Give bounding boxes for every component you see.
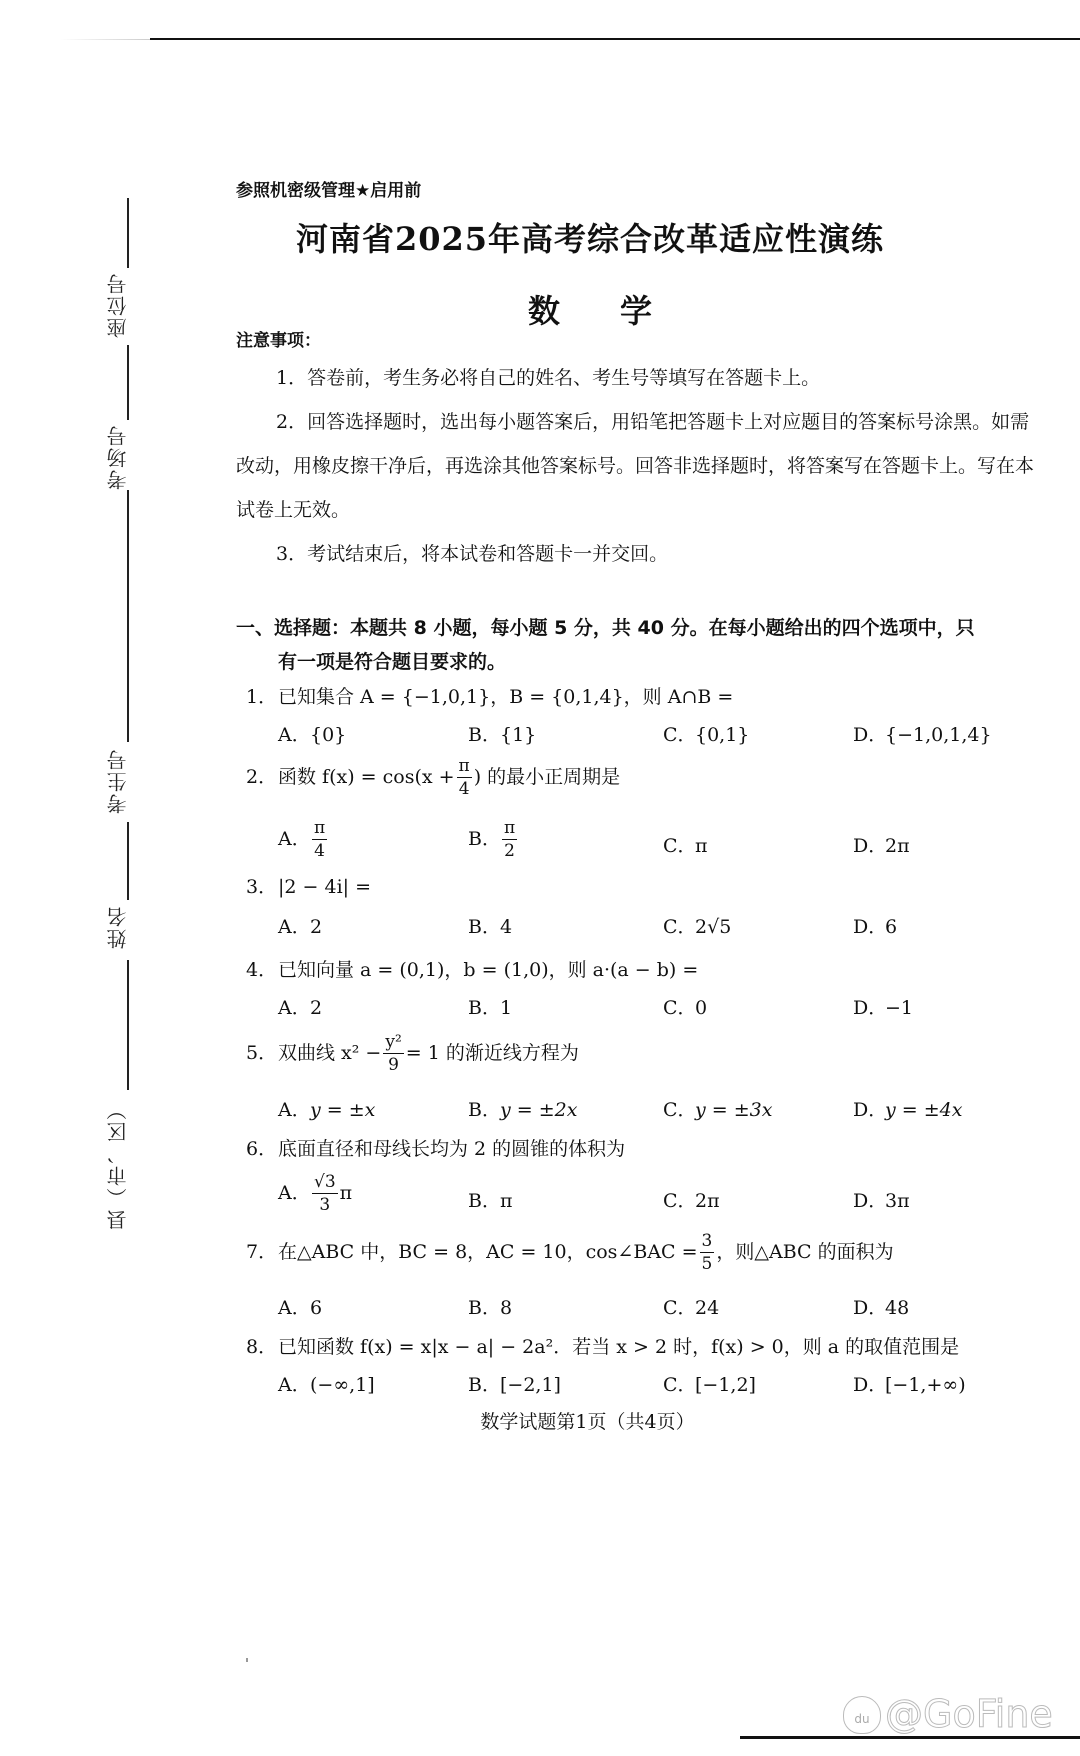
section-heading: 一、选择题：本题共 8 小题，每小题 5 分，共 40 分。在每小题给出的四个选… (236, 611, 1042, 679)
name-line[interactable] (127, 960, 129, 1090)
seat-number-line[interactable] (127, 345, 129, 420)
option-b[interactable]: B．[−2,1] (468, 1370, 561, 1397)
name-label: 姓名 (106, 905, 130, 949)
option-a[interactable]: A．(−∞,1] (278, 1370, 375, 1397)
option-d[interactable]: D．6 (853, 912, 897, 939)
option-c[interactable]: C．2√5 (663, 912, 731, 939)
county-label: 县（市、区） (106, 1098, 130, 1230)
option-d[interactable]: D．[−1,+∞) (853, 1370, 966, 1397)
exam-room-line[interactable] (127, 490, 129, 742)
fraction: 35 (700, 1233, 715, 1273)
option-c[interactable]: C．[−1,2] (663, 1370, 756, 1397)
scan-speck (246, 1658, 248, 1662)
binding-margin: 座位号 考场号 考生号 姓名 县（市、区） (0, 0, 160, 1756)
candidate-number-label: 考生号 (106, 748, 130, 814)
question-stem: 已知向量 a = (0,1)，b = (1,0)，则 a·(a − b) = (278, 959, 698, 981)
question-stem: 已知函数 f(x) = x|x − a| − 2a²．若当 x > 2 时，f(… (278, 1336, 959, 1358)
fraction: y²9 (383, 1034, 403, 1074)
option-c[interactable]: C．24 (663, 1293, 719, 1320)
question-8: 8．已知函数 f(x) = x|x − a| − 2a²．若当 x > 2 时，… (246, 1332, 959, 1359)
notice-item-1: 1．答卷前，考生务必将自己的姓名、考生号等填写在答题卡上。 (236, 356, 1042, 400)
question-2: 2．函数 f(x) = cos(x +π4) 的最小正周期是 (246, 758, 620, 798)
candidate-number-line[interactable] (127, 822, 129, 900)
page-footer: 数学试题第1页（共4页） (0, 1407, 1080, 1434)
option-a[interactable]: A．6 (278, 1293, 322, 1320)
option-c[interactable]: C．2π (663, 1186, 720, 1213)
subject-char-2: 学 (620, 286, 652, 332)
baidu-paw-icon: du (843, 1696, 881, 1734)
fraction: π4 (457, 758, 472, 798)
notice-item-3: 3．考试结束后，将本试卷和答题卡一并交回。 (236, 532, 1042, 576)
option-c[interactable]: C．0 (663, 993, 707, 1020)
option-b[interactable]: B．π2 (468, 820, 519, 860)
option-a[interactable]: A．π4 (278, 820, 329, 860)
option-c[interactable]: C．π (663, 831, 708, 858)
subject-title: 数学 (0, 286, 1080, 332)
exam-room-label: 考场号 (106, 424, 130, 490)
question-stem: 底面直径和母线长均为 2 的圆锥的体积为 (278, 1138, 625, 1160)
question-5: 5．双曲线 x² −y²9= 1 的渐近线方程为 (246, 1034, 579, 1074)
watermark-text: @GoFine (885, 1692, 1053, 1736)
option-d[interactable]: D．{−1,0,1,4} (853, 720, 992, 747)
notice-heading: 注意事项： (236, 326, 321, 351)
bottom-rule (740, 1736, 1080, 1739)
question-6: 6．底面直径和母线长均为 2 的圆锥的体积为 (246, 1134, 625, 1161)
option-b[interactable]: B．π (468, 1186, 513, 1213)
option-d[interactable]: D．3π (853, 1186, 910, 1213)
option-d[interactable]: D．−1 (853, 993, 913, 1020)
question-3: 3．|2 − 4i| = (246, 872, 371, 899)
option-d[interactable]: D．48 (853, 1293, 909, 1320)
option-a[interactable]: A．2 (278, 912, 322, 939)
option-b[interactable]: B．8 (468, 1293, 512, 1320)
question-4: 4．已知向量 a = (0,1)，b = (1,0)，则 a·(a − b) = (246, 955, 698, 982)
option-a[interactable]: A．2 (278, 993, 322, 1020)
question-stem: |2 − 4i| = (278, 876, 371, 898)
section-heading-line-2: 有一项是符合题目要求的。 (236, 645, 1042, 679)
option-b[interactable]: B．{1} (468, 720, 536, 747)
exam-title: 河南省2025年高考综合改革适应性演练 (0, 214, 1080, 260)
option-c[interactable]: C．{0,1} (663, 720, 749, 747)
subject-char-1: 数 (528, 286, 560, 332)
question-stem: 已知集合 A = {−1,0,1}，B = {0,1,4}，则 A∩B = (278, 686, 733, 708)
option-b[interactable]: B．y = ±2x (468, 1095, 577, 1122)
option-b[interactable]: B．1 (468, 993, 512, 1020)
section-heading-line-1: 一、选择题：本题共 8 小题，每小题 5 分，共 40 分。在每小题给出的四个选… (236, 611, 1042, 645)
question-7: 7．在△ABC 中，BC = 8，AC = 10，cos∠BAC =35，则△A… (246, 1233, 894, 1273)
option-a[interactable]: A．√33π (278, 1174, 352, 1214)
option-a[interactable]: A．{0} (278, 720, 346, 747)
option-c[interactable]: C．y = ±3x (663, 1095, 772, 1122)
confidential-mark: 参照机密级管理★启用前 (236, 176, 421, 201)
top-rule (150, 38, 1080, 40)
option-d[interactable]: D．y = ±4x (853, 1095, 962, 1122)
option-a[interactable]: A．y = ±x (278, 1095, 375, 1122)
option-b[interactable]: B．4 (468, 912, 512, 939)
notice-item-2: 2．回答选择题时，选出每小题答案后，用铅笔把答题卡上对应题目的答案标号涂黑。如需… (236, 400, 1042, 532)
question-1: 1．已知集合 A = {−1,0,1}，B = {0,1,4}，则 A∩B = (246, 682, 733, 709)
option-d[interactable]: D．2π (853, 831, 910, 858)
